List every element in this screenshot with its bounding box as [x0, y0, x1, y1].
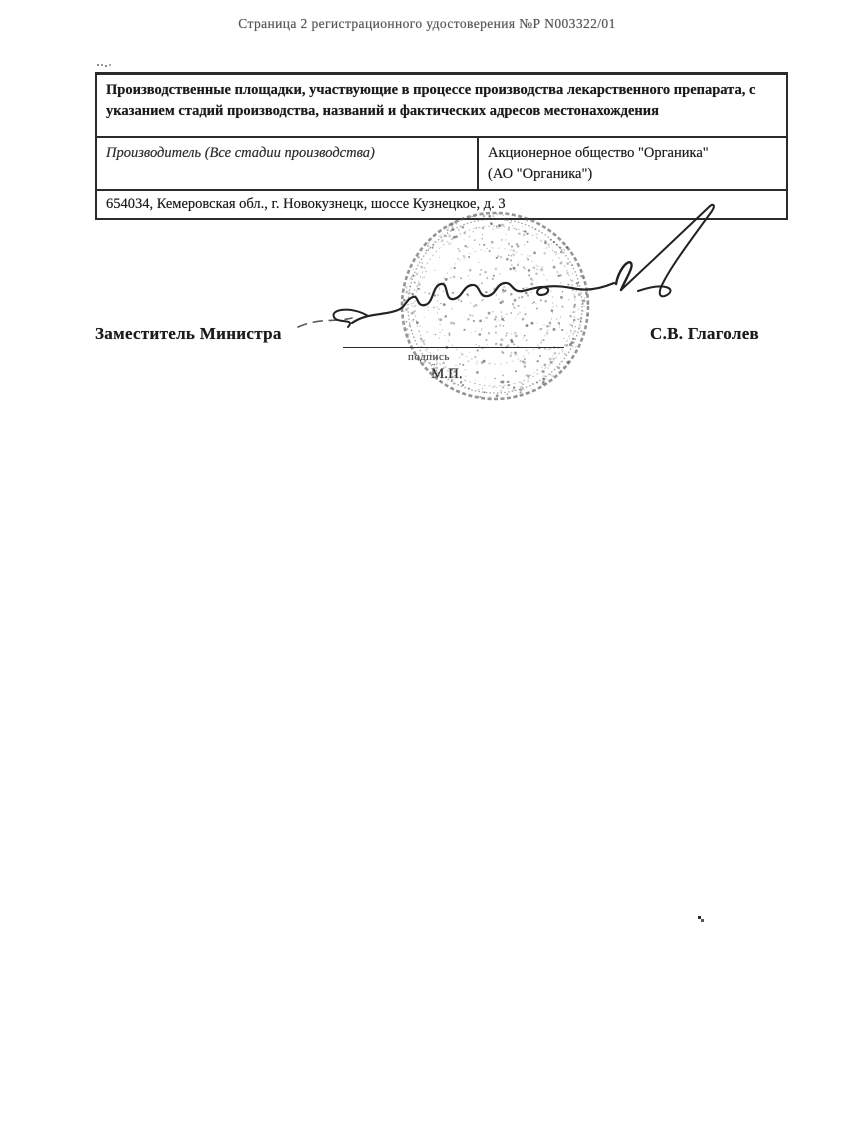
address-cell: 654034, Кемеровская обл., г. Новокузнецк… — [97, 191, 786, 218]
table-producer-row: Производитель (Все стадии производства) … — [97, 138, 786, 191]
stamp-seal-graphic — [385, 196, 605, 416]
signature-caption: подпись — [408, 351, 450, 363]
signatory-name: С.В. Глаголев — [650, 324, 790, 344]
scan-artifact-top — [97, 64, 99, 66]
table-title-cell: Производственные площадки, участвующие в… — [97, 75, 786, 138]
official-round-stamp — [385, 196, 605, 416]
page-header-line: Страница 2 регистрационного удостоверени… — [0, 16, 854, 32]
scanned-document-page: Страница 2 регистрационного удостоверени… — [0, 0, 854, 1124]
producer-label-cell: Производитель (Все стадии производства) — [97, 138, 479, 189]
producer-value-cell: Акционерное общество "Органика" (АО "Орг… — [479, 138, 786, 189]
scan-artifact-bottom — [698, 916, 701, 919]
seal-place-mark: М.П. — [431, 366, 463, 383]
production-sites-table: Производственные площадки, участвующие в… — [95, 72, 788, 220]
official-title: Заместитель Министра — [95, 324, 282, 344]
table-header-row: Производственные площадки, участвующие в… — [97, 75, 786, 138]
signature-line — [343, 347, 564, 348]
table-address-row: 654034, Кемеровская обл., г. Новокузнецк… — [97, 191, 786, 218]
